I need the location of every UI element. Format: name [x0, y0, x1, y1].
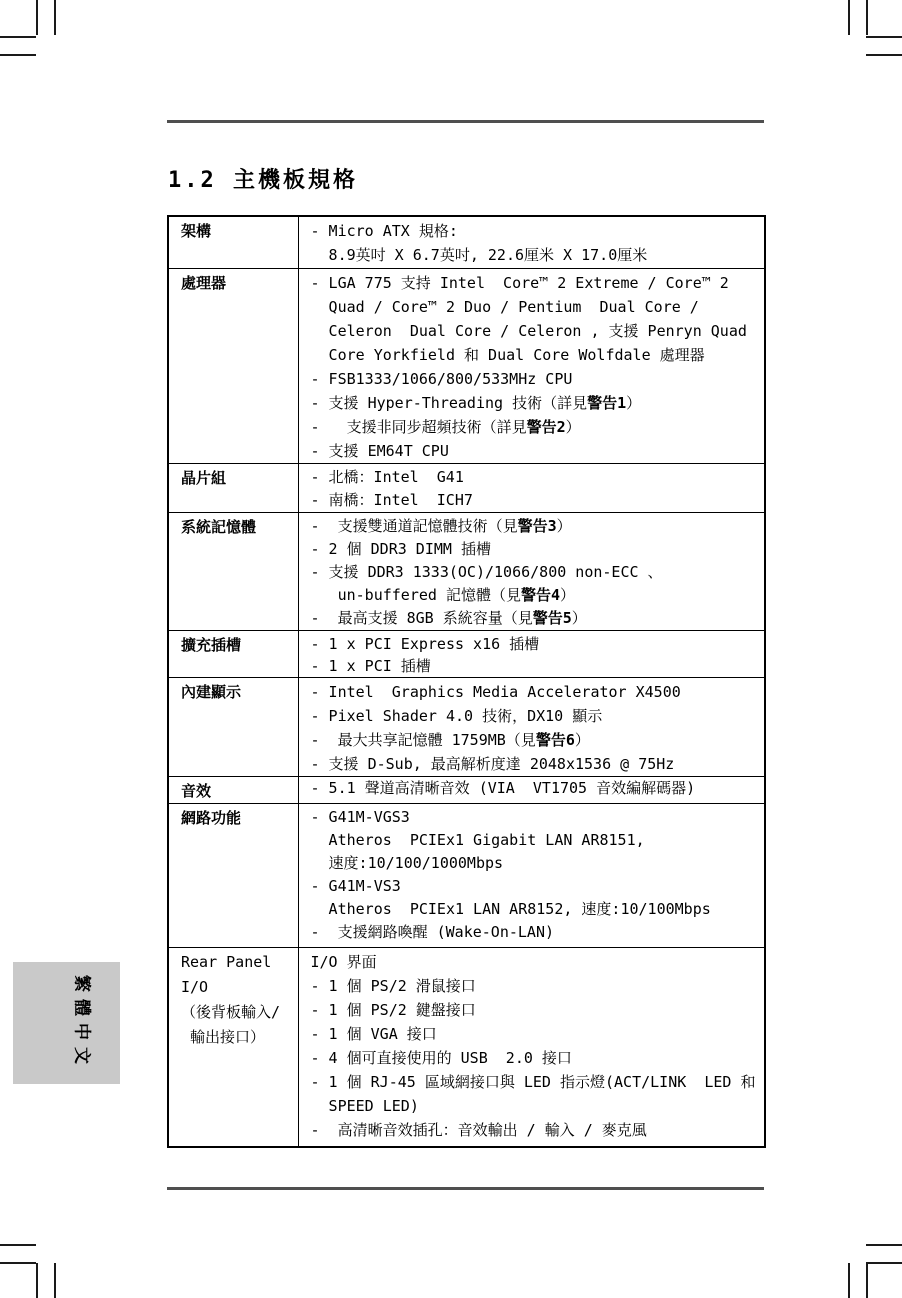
spec-line: - 最高支援 8GB 系統容量（見警告5） — [311, 607, 763, 630]
spec-row-onboard-graphics: 內建顯示- Intel Graphics Media Accelerator X… — [168, 677, 765, 776]
spec-line: 8.9英吋 X 6.7英吋, 22.6厘米 X 17.0厘米 — [311, 243, 763, 267]
spec-line: 速度:10/100/1000Mbps — [311, 852, 763, 875]
spec-label-line: 處理器 — [181, 271, 296, 295]
spec-row-chipset: 晶片組- 北橋：Intel G41- 南橋：Intel ICH7 — [168, 463, 765, 512]
spec-label-line: 網路功能 — [181, 806, 296, 830]
trim-mark — [866, 36, 902, 38]
spec-content-onboard-graphics: - Intel Graphics Media Accelerator X4500… — [298, 677, 765, 776]
spec-content-rear-panel-io: I/O 界面- 1 個 PS/2 滑鼠接口- 1 個 PS/2 鍵盤接口- 1 … — [298, 947, 765, 1147]
spec-label-line: 晶片組 — [181, 466, 296, 490]
spec-label-line: 音效 — [181, 779, 296, 803]
spec-row-system-memory: 系統記憶體- 支援雙通道記憶體技術（見警告3）- 2 個 DDR3 DIMM 插… — [168, 512, 765, 630]
spec-line: Atheros PCIEx1 LAN AR8152, 速度:10/100Mbps — [311, 898, 763, 921]
spec-label-line: Rear Panel — [181, 950, 296, 975]
spec-content-expansion-slots: - 1 x PCI Express x16 插槽- 1 x PCI 插槽 — [298, 630, 765, 677]
trim-mark — [0, 54, 36, 56]
spec-table: 架構- Micro ATX 規格: 8.9英吋 X 6.7英吋, 22.6厘米 … — [167, 215, 766, 1148]
section-title: 1.2 主機板規格 — [168, 163, 358, 194]
spec-label-line: 系統記憶體 — [181, 515, 296, 539]
trim-mark — [0, 1244, 36, 1246]
spec-label-architecture: 架構 — [168, 216, 298, 268]
language-tab-label: 繁體中文 — [71, 975, 96, 1071]
trim-mark — [54, 1263, 56, 1298]
spec-line: - 1 個 RJ-45 區域網接口與 LED 指示燈(ACT/LINK LED … — [311, 1070, 763, 1094]
spec-row-audio: 音效- 5.1 聲道高清晰音效 (VIA VT1705 音效編解碼器) — [168, 776, 765, 803]
spec-content-system-memory: - 支援雙通道記憶體技術（見警告3）- 2 個 DDR3 DIMM 插槽- 支援… — [298, 512, 765, 630]
spec-line: - FSB1333/1066/800/533MHz CPU — [311, 367, 763, 391]
spec-content-chipset: - 北橋：Intel G41- 南橋：Intel ICH7 — [298, 463, 765, 512]
trim-mark — [866, 1263, 868, 1298]
spec-label-line: 輸出接口） — [181, 1025, 296, 1050]
spec-label-line: I/O — [181, 975, 296, 1000]
spec-line: SPEED LED) — [311, 1094, 763, 1118]
spec-row-architecture: 架構- Micro ATX 規格: 8.9英吋 X 6.7英吋, 22.6厘米 … — [168, 216, 765, 268]
spec-line: - 支援雙通道記憶體技術（見警告3） — [311, 515, 763, 538]
spec-content-audio: - 5.1 聲道高清晰音效 (VIA VT1705 音效編解碼器) — [298, 776, 765, 803]
trim-mark — [0, 36, 36, 38]
header-rule — [167, 120, 764, 123]
spec-row-cpu: 處理器- LGA 775 支持 Intel Core™ 2 Extreme / … — [168, 268, 765, 463]
spec-line: - 北橋：Intel G41 — [311, 466, 763, 489]
spec-line: - 1 個 PS/2 鍵盤接口 — [311, 998, 763, 1022]
spec-line: Atheros PCIEx1 Gigabit LAN AR8151, — [311, 829, 763, 852]
spec-content-lan: - G41M-VGS3 Atheros PCIEx1 Gigabit LAN A… — [298, 803, 765, 947]
spec-line: - 南橋：Intel ICH7 — [311, 489, 763, 512]
spec-line: - 支援 D-Sub, 最高解析度達 2048x1536 @ 75Hz — [311, 752, 763, 776]
trim-mark — [866, 1244, 902, 1246]
spec-row-rear-panel-io: Rear PanelI/O（後背板輸入/ 輸出接口）I/O 界面- 1 個 PS… — [168, 947, 765, 1147]
spec-label-line: 內建顯示 — [181, 680, 296, 704]
spec-label-line: 架構 — [181, 219, 296, 243]
spec-line: - LGA 775 支持 Intel Core™ 2 Extreme / Cor… — [311, 271, 763, 295]
trim-mark — [0, 1262, 36, 1264]
spec-line: - G41M-VGS3 — [311, 806, 763, 829]
spec-line: - 支援 EM64T CPU — [311, 439, 763, 463]
spec-line: - 支援 Hyper-Threading 技術（詳見警告1） — [311, 391, 763, 415]
spec-line: - 1 個 VGA 接口 — [311, 1022, 763, 1046]
trim-mark — [36, 1263, 38, 1298]
spec-line: Quad / Core™ 2 Duo / Pentium Dual Core / — [311, 295, 763, 319]
spec-content-architecture: - Micro ATX 規格: 8.9英吋 X 6.7英吋, 22.6厘米 X … — [298, 216, 765, 268]
spec-line: - 1 x PCI Express x16 插槽 — [311, 633, 763, 655]
spec-label-system-memory: 系統記憶體 — [168, 512, 298, 630]
spec-line: - 支援非同步超頻技術（詳見警告2） — [311, 415, 763, 439]
spec-line: - Intel Graphics Media Accelerator X4500 — [311, 680, 763, 704]
spec-label-expansion-slots: 擴充插槽 — [168, 630, 298, 677]
trim-mark — [54, 0, 56, 35]
spec-line: - 高清晰音效插孔：音效輸出 / 輸入 / 麥克風 — [311, 1118, 763, 1142]
spec-label-rear-panel-io: Rear PanelI/O（後背板輸入/ 輸出接口） — [168, 947, 298, 1147]
spec-line: - 5.1 聲道高清晰音效 (VIA VT1705 音效編解碼器) — [311, 779, 763, 798]
trim-mark — [866, 54, 902, 56]
spec-line: - 1 個 PS/2 滑鼠接口 — [311, 974, 763, 998]
spec-content-cpu: - LGA 775 支持 Intel Core™ 2 Extreme / Cor… — [298, 268, 765, 463]
spec-line: - 支援 DDR3 1333(OC)/1066/800 non-ECC 、 — [311, 561, 763, 584]
spec-label-line: （後背板輸入/ — [181, 1000, 296, 1025]
spec-label-chipset: 晶片組 — [168, 463, 298, 512]
footer-rule — [167, 1187, 764, 1190]
spec-line: un-buffered 記憶體（見警告4） — [311, 584, 763, 607]
spec-line: I/O 界面 — [311, 950, 763, 974]
spec-label-line: 擴充插槽 — [181, 633, 296, 657]
spec-label-lan: 網路功能 — [168, 803, 298, 947]
spec-line: - 4 個可直接使用的 USB 2.0 接口 — [311, 1046, 763, 1070]
spec-row-expansion-slots: 擴充插槽- 1 x PCI Express x16 插槽- 1 x PCI 插槽 — [168, 630, 765, 677]
manual-page: 1.2 主機板規格 架構- Micro ATX 規格: 8.9英吋 X 6.7英… — [0, 0, 902, 1298]
trim-mark — [866, 1262, 902, 1264]
spec-line: - 1 x PCI 插槽 — [311, 655, 763, 677]
spec-line: - 支援網路喚醒 (Wake-On-LAN) — [311, 921, 763, 944]
trim-mark — [848, 0, 850, 35]
spec-line: - Micro ATX 規格: — [311, 219, 763, 243]
spec-line: - 最大共享記憶體 1759MB（見警告6） — [311, 728, 763, 752]
trim-mark — [848, 1263, 850, 1298]
spec-line: - G41M-VS3 — [311, 875, 763, 898]
trim-mark — [36, 0, 38, 35]
spec-label-cpu: 處理器 — [168, 268, 298, 463]
spec-table-body: 架構- Micro ATX 規格: 8.9英吋 X 6.7英吋, 22.6厘米 … — [168, 216, 765, 1147]
spec-line: - Pixel Shader 4.0 技術，DX10 顯示 — [311, 704, 763, 728]
spec-line: Core Yorkfield 和 Dual Core Wolfdale 處理器 — [311, 343, 763, 367]
language-tab: 繁體中文 — [13, 962, 120, 1084]
spec-label-audio: 音效 — [168, 776, 298, 803]
spec-line: - 2 個 DDR3 DIMM 插槽 — [311, 538, 763, 561]
spec-line: Celeron Dual Core / Celeron , 支援 Penryn … — [311, 319, 763, 343]
spec-label-onboard-graphics: 內建顯示 — [168, 677, 298, 776]
trim-mark — [866, 0, 868, 35]
spec-row-lan: 網路功能- G41M-VGS3 Atheros PCIEx1 Gigabit L… — [168, 803, 765, 947]
